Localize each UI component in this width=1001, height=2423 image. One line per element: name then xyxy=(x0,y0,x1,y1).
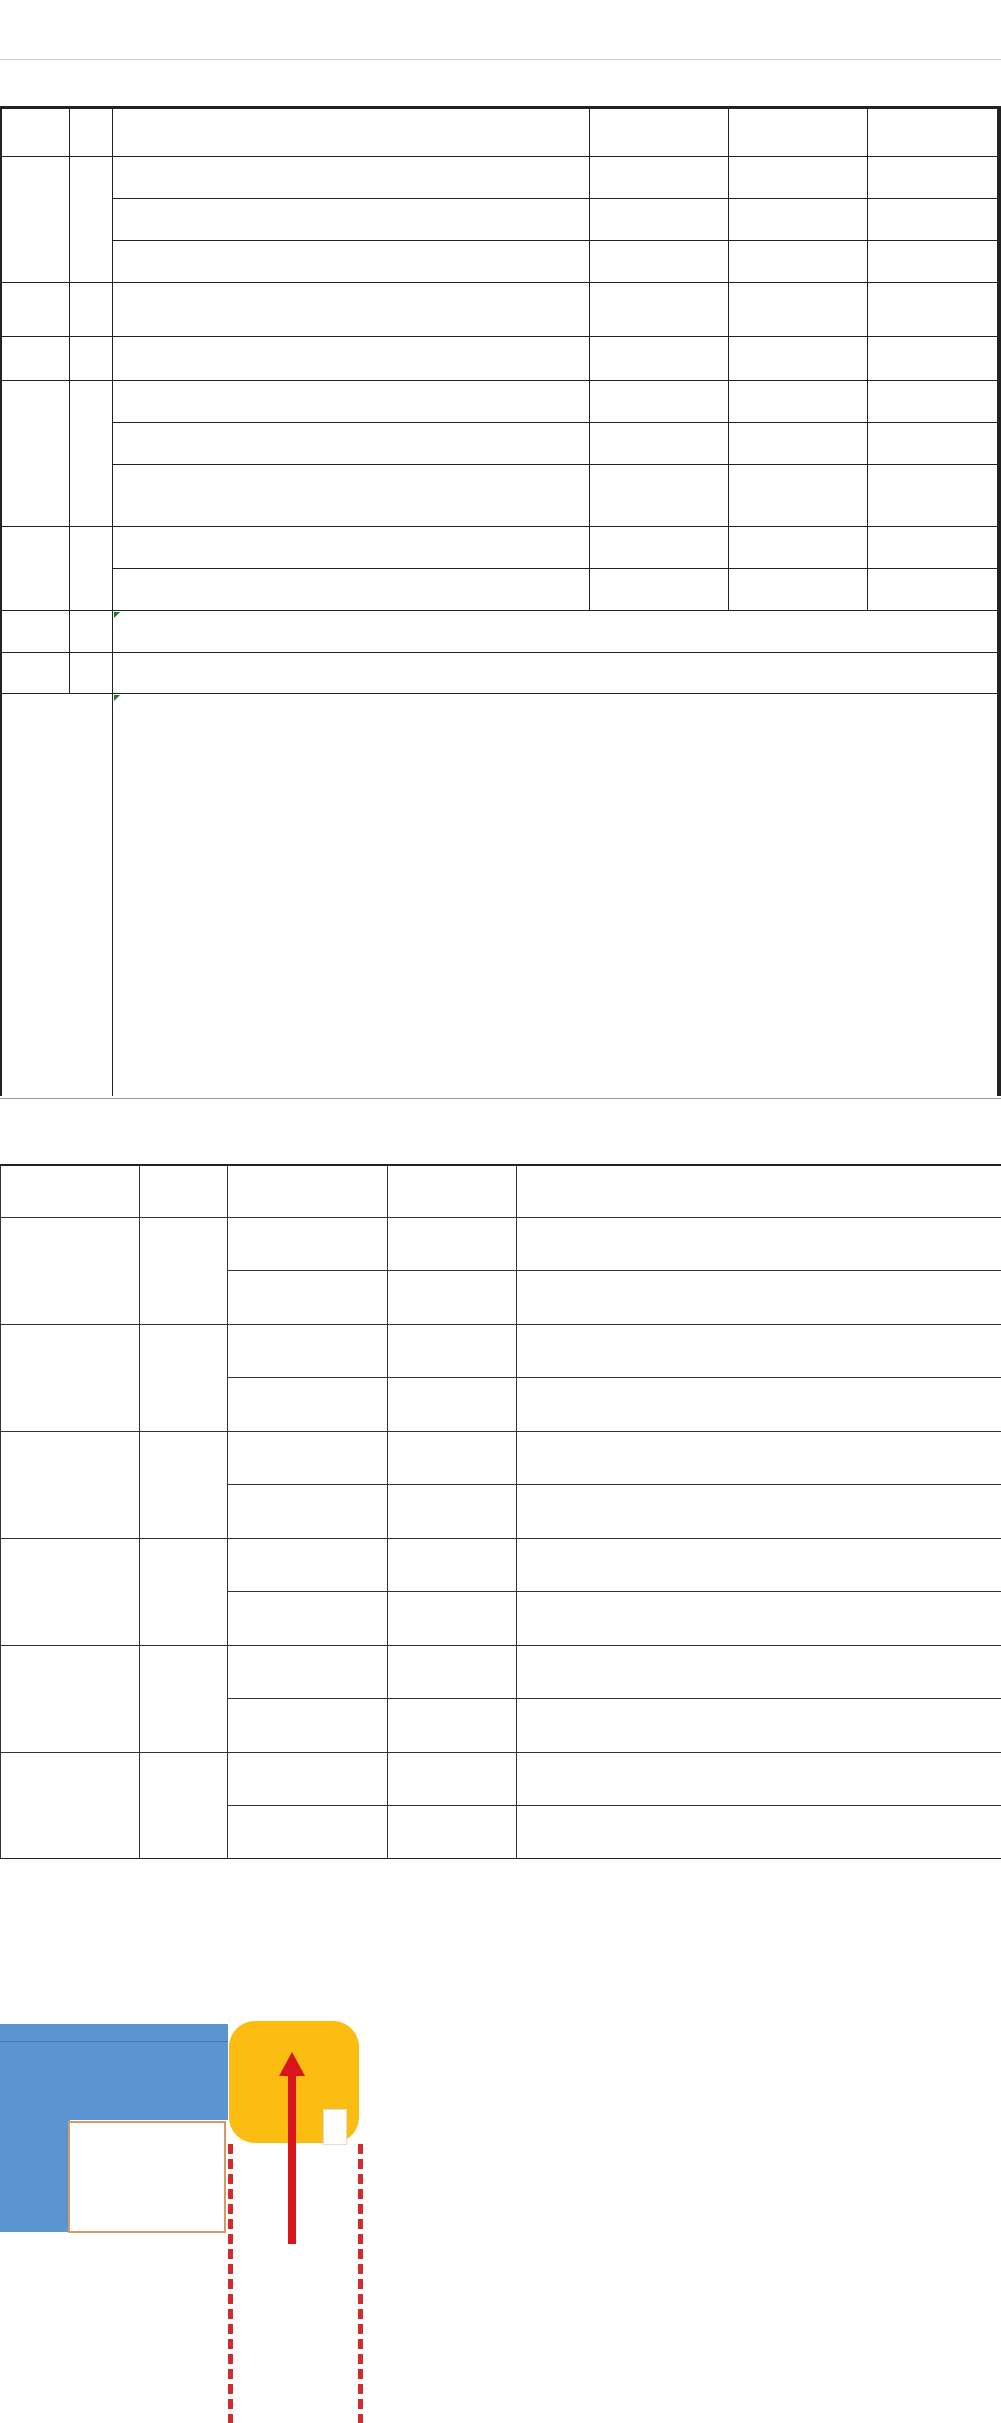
duty-time-pm xyxy=(228,1806,388,1860)
activity-cell xyxy=(113,283,590,337)
location-cell xyxy=(590,199,729,241)
duty-participants xyxy=(517,1325,1001,1378)
duty-admin-pm xyxy=(388,1378,517,1432)
duty-time-am xyxy=(228,1646,388,1699)
duty-patrol xyxy=(140,1325,228,1432)
attendees-cell xyxy=(729,465,868,527)
lane3-right-line xyxy=(358,2144,363,2423)
header-department xyxy=(868,109,998,157)
duty-participants xyxy=(517,1753,1001,1806)
duty-date xyxy=(1,1218,140,1325)
schedule-table xyxy=(0,106,1001,1096)
activity-cell xyxy=(113,423,590,465)
duty-time-am xyxy=(228,1218,388,1271)
duty-admin-am xyxy=(388,1218,517,1271)
activity-cell-span xyxy=(113,611,998,653)
header-location xyxy=(590,109,729,157)
date-cell xyxy=(2,527,70,611)
schedule-title xyxy=(0,0,1001,60)
location-cell xyxy=(590,157,729,199)
duty-admin-am xyxy=(388,1753,517,1806)
duty-patrol xyxy=(140,1646,228,1753)
retractable-gate-left xyxy=(0,2024,228,2042)
duty-participants-empty xyxy=(517,1485,1001,1539)
comment-marker xyxy=(114,612,120,618)
duty-time-pm xyxy=(228,1271,388,1325)
department-cell xyxy=(868,199,998,241)
duty-participants-empty xyxy=(517,1378,1001,1432)
observation-area xyxy=(68,2121,226,2233)
left-building xyxy=(0,2042,228,2120)
gate-diagram xyxy=(0,1858,1001,2423)
attendees-cell xyxy=(729,381,868,423)
duty-participants-empty xyxy=(517,1806,1001,1860)
location-cell xyxy=(590,283,729,337)
department-cell xyxy=(868,569,998,611)
header-weekday xyxy=(70,109,113,157)
duty-admin-pm xyxy=(388,1592,517,1646)
duty-staff-figure xyxy=(323,2109,347,2145)
comment-marker xyxy=(114,695,120,701)
duty-participants xyxy=(517,1218,1001,1271)
activity-cell-span xyxy=(113,653,998,694)
location-cell xyxy=(590,337,729,381)
weekday-cell xyxy=(70,337,113,381)
attendees-cell xyxy=(729,283,868,337)
duty-patrol xyxy=(140,1432,228,1539)
attendees-cell xyxy=(729,157,868,199)
duty-time-am xyxy=(228,1539,388,1592)
duty-date xyxy=(1,1539,140,1646)
attendees-cell xyxy=(729,241,868,283)
duty-time-am xyxy=(228,1325,388,1378)
weekday-cell xyxy=(70,283,113,337)
activity-cell xyxy=(113,199,590,241)
activity-cell xyxy=(113,241,590,283)
duty-date xyxy=(1,1325,140,1432)
duty-date xyxy=(1,1432,140,1539)
lane3-left-line xyxy=(228,2144,233,2423)
department-cell xyxy=(868,241,998,283)
department-cell xyxy=(868,527,998,569)
duty-header-time xyxy=(228,1166,388,1218)
duty-table xyxy=(0,1164,1001,1858)
duty-admin-pm xyxy=(388,1271,517,1325)
header-attendees xyxy=(729,109,868,157)
weekday-cell xyxy=(70,611,113,653)
notes-content xyxy=(113,694,998,1096)
activity-cell xyxy=(113,337,590,381)
left-building-lower xyxy=(0,2120,70,2232)
schedule-date-range xyxy=(0,60,1001,106)
department-cell xyxy=(868,337,998,381)
duty-header-patrol xyxy=(140,1166,228,1218)
activity-cell xyxy=(113,381,590,423)
duty-time-pm xyxy=(228,1592,388,1646)
activity-cell xyxy=(113,157,590,199)
duty-admin-am xyxy=(388,1432,517,1485)
duty-header-participants xyxy=(517,1166,1001,1218)
duty-admin-pm xyxy=(388,1485,517,1539)
header-date xyxy=(2,109,70,157)
date-cell xyxy=(2,157,70,283)
department-cell xyxy=(868,423,998,465)
duty-time-am xyxy=(228,1432,388,1485)
weekday-cell xyxy=(70,381,113,527)
duty-admin-am xyxy=(388,1325,517,1378)
department-cell xyxy=(868,157,998,199)
location-cell xyxy=(590,465,729,527)
location-cell xyxy=(590,423,729,465)
duty-admin-am xyxy=(388,1646,517,1699)
date-cell xyxy=(2,381,70,527)
weekday-cell xyxy=(70,527,113,611)
duty-participants xyxy=(517,1432,1001,1485)
duty-title xyxy=(0,1098,1001,1164)
activity-cell xyxy=(113,527,590,569)
duty-patrol xyxy=(140,1218,228,1325)
duty-patrol xyxy=(140,1753,228,1860)
duty-patrol xyxy=(140,1539,228,1646)
header-activity xyxy=(113,109,590,157)
duty-header-admin xyxy=(388,1166,517,1218)
department-cell xyxy=(868,465,998,527)
activity-cell xyxy=(113,569,590,611)
lane3-arrow-icon xyxy=(288,2074,296,2244)
attendees-cell xyxy=(729,569,868,611)
attendees-cell xyxy=(729,199,868,241)
activity-cell xyxy=(113,465,590,527)
date-cell xyxy=(2,283,70,337)
duty-participants-empty xyxy=(517,1699,1001,1753)
date-cell xyxy=(2,611,70,653)
date-cell xyxy=(2,337,70,381)
duty-header-date xyxy=(1,1166,140,1218)
duty-time-pm xyxy=(228,1699,388,1753)
notes-label xyxy=(2,694,113,1096)
department-cell xyxy=(868,381,998,423)
location-cell xyxy=(590,381,729,423)
attendees-cell xyxy=(729,337,868,381)
duty-admin-am xyxy=(388,1539,517,1592)
duty-time-pm xyxy=(228,1378,388,1432)
duty-participants-empty xyxy=(517,1592,1001,1646)
location-cell xyxy=(590,527,729,569)
duty-participants xyxy=(517,1646,1001,1699)
weekday-cell xyxy=(70,157,113,283)
attendees-cell xyxy=(729,527,868,569)
location-cell xyxy=(590,569,729,611)
date-cell xyxy=(2,653,70,694)
duty-participants-empty xyxy=(517,1271,1001,1325)
location-cell xyxy=(590,241,729,283)
duty-time-pm xyxy=(228,1485,388,1539)
duty-date xyxy=(1,1646,140,1753)
weekday-cell xyxy=(70,653,113,694)
attendees-cell xyxy=(729,423,868,465)
duty-date xyxy=(1,1753,140,1860)
duty-admin-pm xyxy=(388,1806,517,1860)
department-cell xyxy=(868,283,998,337)
duty-participants xyxy=(517,1539,1001,1592)
duty-time-am xyxy=(228,1753,388,1806)
duty-admin-pm xyxy=(388,1699,517,1753)
